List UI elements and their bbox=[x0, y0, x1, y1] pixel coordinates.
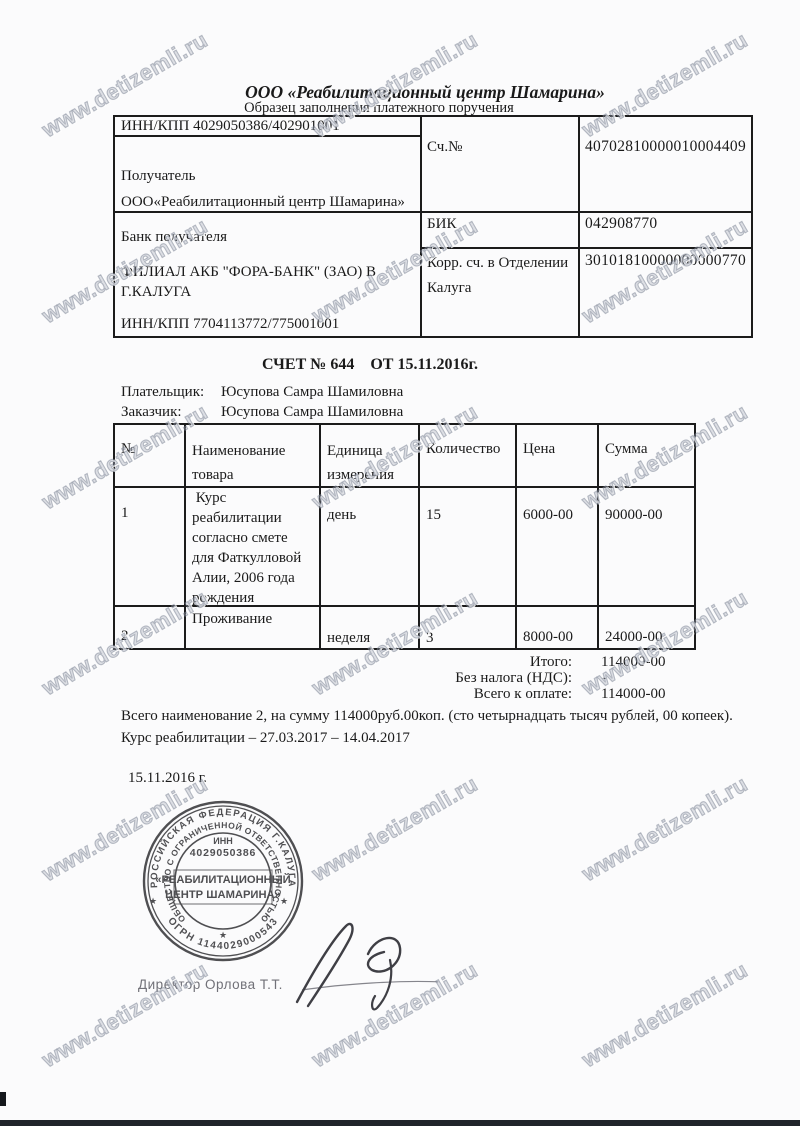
inn-kpp-top: ИНН/КПП 4029050386/402901001 bbox=[121, 116, 340, 136]
bank-inn-kpp: ИНН/КПП 7704113772/775001001 bbox=[121, 314, 339, 334]
account-label: Сч.№ bbox=[427, 137, 462, 157]
items-table-line bbox=[597, 423, 599, 650]
summary-amount-words: Всего наименование 2, на сумму 114000руб… bbox=[121, 706, 733, 726]
watermark-text: www.detizemli.ru bbox=[578, 771, 753, 887]
bank-table-line bbox=[420, 115, 422, 338]
corr-account-label: Корр. сч. в Отделении Калуга bbox=[427, 251, 572, 301]
customer-name: Юсупова Самра Шамиловна bbox=[221, 402, 403, 422]
total-label-nds: Без налога (НДС): bbox=[332, 670, 572, 687]
item-row-num: 1 bbox=[121, 503, 129, 523]
document-date: 15.11.2016 г. bbox=[128, 768, 207, 788]
director-name: Директор Орлова Т.Т. bbox=[138, 977, 283, 992]
watermark-text: www.detizemli.ru bbox=[578, 957, 753, 1073]
watermark-text: www.detizemli.ru bbox=[38, 957, 213, 1073]
scanned-invoice-page: www.detizemli.ruwww.detizemli.ruwww.deti… bbox=[0, 0, 800, 1126]
col-header-unit: Единица измерения bbox=[327, 439, 394, 487]
payer-label: Плательщик: bbox=[121, 382, 204, 402]
payer-name: Юсупова Самра Шамиловна bbox=[221, 382, 403, 402]
document-subtitle: Образец заполнения платежного поручения bbox=[244, 100, 514, 117]
recipient-name: ООО«Реабилитационный центр Шамарина» bbox=[121, 192, 405, 212]
corr-account-value: 30101810000000000770 bbox=[585, 251, 746, 271]
recipient-label: Получатель bbox=[121, 166, 195, 186]
bank-table-line bbox=[578, 115, 580, 338]
invoice-title: СЧЕТ № 644 ОТ 15.11.2016г. bbox=[262, 356, 478, 374]
total-label-itogo: Итого: bbox=[332, 654, 572, 671]
col-header-qty: Количество bbox=[426, 439, 500, 459]
item-row-name: Проживание bbox=[192, 609, 272, 629]
item-row-sum: 90000-00 bbox=[605, 505, 663, 525]
total-value-nds: - bbox=[601, 670, 606, 687]
stamp-inn-number: 4029050386 bbox=[190, 847, 256, 859]
items-table-line bbox=[418, 423, 420, 650]
item-row-qty: 15 bbox=[426, 505, 441, 525]
item-row-price: 6000-00 bbox=[523, 505, 573, 525]
item-row-sum: 24000-00 bbox=[605, 627, 663, 647]
scan-corner-artifact bbox=[0, 1092, 6, 1106]
scan-edge-artifact bbox=[0, 1120, 800, 1126]
bik-value: 042908770 bbox=[585, 214, 657, 234]
summary-course-dates: Курс реабилитации – 27.03.2017 – 14.04.2… bbox=[121, 728, 410, 748]
total-label-vsego: Всего к оплате: bbox=[332, 686, 572, 703]
item-row-unit: неделя bbox=[327, 628, 370, 648]
account-number: 40702810000010004409 bbox=[585, 137, 746, 157]
bank-name: ФИЛИАЛ АКБ "ФОРА-БАНК" (ЗАО) В Г.КАЛУГА bbox=[121, 262, 411, 302]
watermark-text: www.detizemli.ru bbox=[308, 771, 483, 887]
items-table-line bbox=[319, 423, 321, 650]
stamp-company-name-line2: ЦЕНТР ШАМАРИНА» bbox=[165, 889, 281, 901]
total-value-itogo: 114000-00 bbox=[601, 654, 665, 671]
item-row-name: Курс реабилитации согласно смете для Фат… bbox=[192, 488, 316, 608]
stamp-star-left: ★ bbox=[149, 896, 157, 906]
col-header-sum: Сумма bbox=[605, 439, 647, 459]
stamp-star-right: ★ bbox=[280, 896, 288, 906]
stamp-inn-label: ИНН bbox=[213, 836, 232, 846]
item-row-unit: день bbox=[327, 505, 356, 525]
item-row-qty: 3 bbox=[426, 628, 434, 648]
item-row-num: 2 bbox=[121, 626, 129, 646]
col-header-price: Цена bbox=[523, 439, 555, 459]
items-table-line bbox=[515, 423, 517, 650]
stamp-company-name-line1: «РЕАБИЛИТАЦИОННЫЙ bbox=[155, 873, 290, 886]
bank-label: Банк получателя bbox=[121, 227, 227, 247]
item-row-price: 8000-00 bbox=[523, 627, 573, 647]
total-value-vsego: 114000-00 bbox=[601, 686, 665, 703]
stamp-star-bottom: ★ bbox=[219, 930, 227, 940]
col-header-name: Наименование товара bbox=[192, 439, 285, 487]
bank-table-line bbox=[420, 247, 753, 249]
customer-label: Заказчик: bbox=[121, 402, 182, 422]
items-table-line bbox=[184, 423, 186, 650]
director-signature bbox=[272, 912, 447, 1012]
col-header-num: № bbox=[121, 439, 135, 459]
bik-label: БИК bbox=[427, 214, 456, 234]
